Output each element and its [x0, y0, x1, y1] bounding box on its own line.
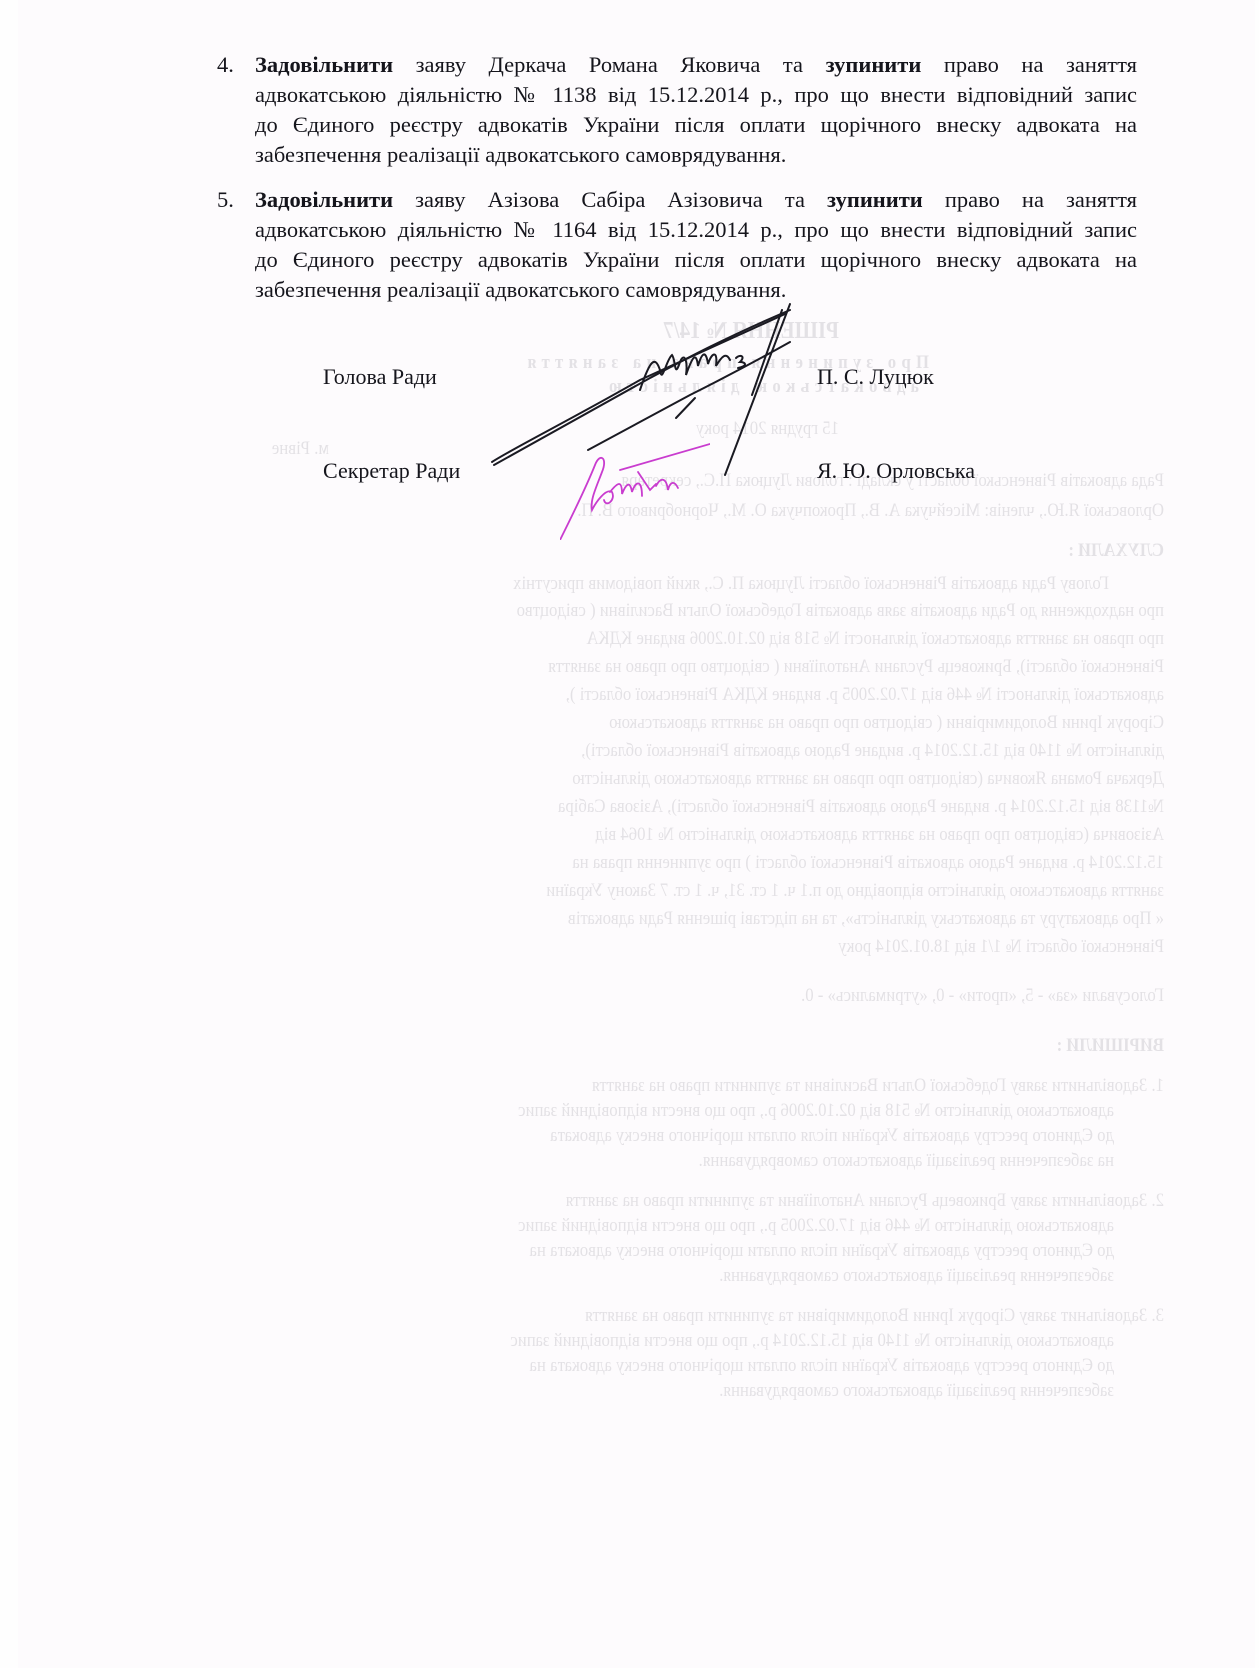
secretary-name: Я. Ю. Орловська [817, 458, 975, 484]
ghost-line: Рівненської області), Бриковець Руслани … [548, 656, 1164, 678]
ghost-line: до Єдиного реєстру адвокатів України піс… [529, 1240, 1114, 1262]
ghost-line: 15.12.2014 р. видане Радою адвокатів Рів… [572, 852, 1164, 874]
ghost-line: діяльністю № 1140 від 15.12.2014 р. вида… [581, 740, 1164, 762]
item-line: адвокатською діяльністю № 1164 від 15.12… [255, 215, 1137, 245]
ghost-line: забезпечення реалізації адвокатського са… [719, 1265, 1114, 1287]
ghost-line: « Про адвокатуру та адвокатську діяльніс… [568, 908, 1164, 930]
scan-edge-left [0, 0, 18, 1668]
item-line: адвокатською діяльністю № 1138 від 15.12… [255, 80, 1137, 110]
ghost-line: 3. Задовільнит заяву Сірорук Ірини Волод… [585, 1305, 1164, 1327]
scan-edge-right [1255, 0, 1259, 1668]
ghost-line: 1. Задовільнити заяву Годебської Ольги В… [592, 1075, 1164, 1097]
resolution-item-4: 4. Задовільнити заяву Деркача Романа Яко… [217, 50, 1137, 170]
ghost-line: №1138 від 15.12.2014 р. видане Радою адв… [558, 796, 1164, 818]
ghost-line: Азізовича (свідоцтво про право на занятт… [595, 824, 1164, 846]
ghost-line: Орловської Я.Ю., членів: Місейчука А. В.… [577, 500, 1164, 522]
ghost-line: Сірорук Ірини Володимирівни ( свідоцтво … [609, 712, 1164, 734]
ghost-line: адвокатської діяльності № 446 від 17.02.… [566, 684, 1164, 706]
bold-verb: Задовільнити [255, 187, 393, 212]
ghost-line: заняття адвокатською діяльністю відповід… [546, 880, 1164, 902]
ghost-title: РІШЕННЯ № 14/7 [663, 318, 839, 345]
ghost-line: 2. Задовільнити заяву Бриковець Руслани … [566, 1190, 1164, 1212]
ghost-line: СЛУХАЛИ : [1068, 540, 1164, 562]
resolution-item-5: 5. Задовільнити заяву Азізова Сабіра Азі… [217, 185, 1137, 305]
ghost-line: Рівненської області № 1/1 від 18.01.2014… [838, 936, 1164, 958]
item-line: Задовільнити заяву Деркача Романа Якович… [255, 50, 1137, 80]
ghost-line: до Єдиного реєстру адвокатів України піс… [529, 1355, 1114, 1377]
item-line: забезпечення реалізації адвокатського са… [255, 140, 1137, 170]
ghost-city: м. Рівне [272, 438, 329, 460]
secretary-title: Секретар Ради [323, 458, 460, 484]
chair-signature-icon [490, 300, 810, 480]
ghost-line: ВИРІШИЛИ : [1057, 1035, 1164, 1057]
ghost-line: адвокатською діяльністю № 518 від 02.10.… [518, 1100, 1114, 1122]
chair-name: П. С. Луцюк [817, 364, 934, 390]
bold-verb: зупинити [827, 187, 923, 212]
ghost-line: про право на заняття адвокатської діяльн… [586, 628, 1164, 650]
item-line: забезпечення реалізації адвокатського са… [255, 275, 1137, 305]
item-line: до Єдиного реєстру адвокатів України піс… [255, 245, 1137, 275]
ghost-date: 15 грудня 2014 року [696, 418, 839, 440]
text-segment: право на заняття [921, 52, 1137, 77]
item-number: 5. [217, 185, 234, 215]
ghost-line: на забезпечення реалізації адвокатського… [699, 1150, 1114, 1172]
ghost-line: до Єдиного реєстру адвокатів України піс… [550, 1125, 1114, 1147]
ghost-line: Голову Ради адвокатів Рівненської област… [513, 573, 1109, 595]
ghost-line: Деркача Романа Яковича (свідоцтво про пр… [572, 768, 1164, 790]
chair-title: Голова Ради [323, 364, 437, 390]
text-segment: заяву Азізова Сабіра Азізовича та [393, 187, 827, 212]
ghost-line: Голосували «за» - 5, «проти» - 0, «утрим… [801, 985, 1164, 1007]
ghost-line: адвокатською діяльністю № 1140 від 15.12… [510, 1330, 1114, 1352]
item-line: до Єдиного реєстру адвокатів України піс… [255, 110, 1137, 140]
secretary-signature-icon [560, 430, 710, 540]
item-line: Задовільнити заяву Азізова Сабіра Азізов… [255, 185, 1137, 215]
ghost-line: про надходження до Ради адвокатів заяв а… [517, 600, 1164, 622]
text-segment: право на заняття [923, 187, 1137, 212]
bold-verb: Задовільнити [255, 52, 393, 77]
bold-verb: зупинити [826, 52, 922, 77]
item-number: 4. [217, 50, 234, 80]
text-segment: заяву Деркача Романа Яковича та [393, 52, 826, 77]
ghost-line: забезпечення реалізації адвокатського са… [719, 1380, 1114, 1402]
ghost-line: адвокатською діяльністю № 446 від 17.02.… [518, 1215, 1114, 1237]
